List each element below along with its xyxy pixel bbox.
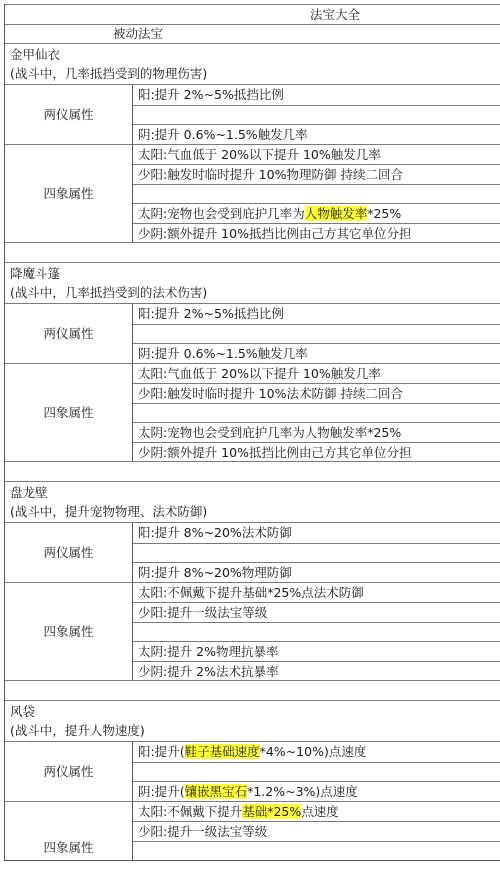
table-title: 法宝大全	[310, 7, 360, 22]
item-desc: (战斗中，提升人物速度)	[10, 721, 500, 740]
liangyi-group: 两仪属性 阳:提升 2%~5%抵挡比例 阴:提升 0.6%~1.5%触发几率	[5, 303, 500, 363]
table-subtitle-row: 被动法宝	[5, 24, 500, 43]
attr-cell	[133, 324, 500, 344]
attr-cell: 少阳:提升一级法宝等级	[133, 602, 500, 622]
attr-cell	[133, 105, 500, 125]
item-header: 盘龙壁 (战斗中，提升宠物物理、法术防御)	[5, 481, 500, 522]
blank-row	[5, 242, 500, 262]
item-desc: (战斗中，几率抵挡受到的物理伤害)	[10, 64, 500, 83]
attr-cell	[133, 841, 500, 861]
attr-cell: 阴:提升 0.6%~1.5%触发几率	[133, 124, 500, 144]
sixiang-group: 四象属性 太阳:气血低于 20%以下提升 10%触发几率 少阳:触发时临时提升 …	[5, 144, 500, 243]
item-desc: (战斗中，提升宠物物理、法术防御)	[10, 502, 500, 521]
treasure-table: 法宝大全 被动法宝 金甲仙衣 (战斗中，几率抵挡受到的物理伤害) 两仪属性 阳:…	[4, 4, 500, 861]
attr-cell: 太阳:不佩戴下提升基础*25%点法术防御	[133, 583, 500, 603]
attr-cell: 太阳:不佩戴下提升基础*25%点速度	[133, 802, 500, 822]
item-name: 盘龙壁	[10, 483, 500, 502]
liangyi-label: 两仪属性	[5, 742, 133, 801]
table-title-row: 法宝大全	[5, 4, 500, 24]
attr-cell: 太阴:宠物也会受到庇护几率为人物触发率*25%	[133, 422, 500, 442]
sixiang-group: 四象属性 太阳:不佩戴下提升基础*25%点法术防御 少阳:提升一级法宝等级 太阴…	[5, 582, 500, 681]
attr-cell: 太阴:提升 2%物理抗暴率	[133, 641, 500, 661]
attr-cell: 阴:提升 0.6%~1.5%触发几率	[133, 343, 500, 363]
blank-row	[5, 680, 500, 700]
highlight: 镶嵌黑宝石	[185, 784, 248, 799]
item-name: 风袋	[10, 702, 500, 721]
attr-cell: 阳:提升 2%~5%抵挡比例	[133, 85, 500, 105]
sixiang-label: 四象属性	[5, 364, 133, 462]
item-name: 金甲仙衣	[10, 45, 500, 64]
sixiang-label: 四象属性	[5, 802, 133, 861]
table-subtitle: 被动法宝	[113, 25, 163, 43]
sixiang-label: 四象属性	[5, 145, 133, 243]
attr-cell	[133, 184, 500, 204]
highlight: 鞋子基础速度	[185, 744, 260, 759]
attr-cell: 少阴:额外提升 10%抵挡比例由己方其它单位分担	[133, 442, 500, 462]
blank-row	[5, 461, 500, 481]
liangyi-label: 两仪属性	[5, 304, 133, 363]
attr-cell: 少阴:提升 2%法术抗暴率	[133, 661, 500, 681]
sixiang-label: 四象属性	[5, 583, 133, 681]
attr-cell: 少阴:额外提升 10%抵挡比例由己方其它单位分担	[133, 223, 500, 243]
attr-cell: 少阳:提升一级法宝等级	[133, 821, 500, 841]
highlight: 人物触发率	[305, 206, 368, 221]
highlight: 基础*25%	[242, 804, 301, 819]
attr-cell: 少阳:触发时临时提升 10%物理防御 持续二回合	[133, 164, 500, 184]
attr-cell: 阴:提升(镶嵌黑宝石*1.2%~3%)点速度	[133, 781, 500, 801]
item-header: 风袋 (战斗中，提升人物速度)	[5, 700, 500, 741]
attr-cell: 阳:提升(鞋子基础速度*4%~10%)点速度	[133, 742, 500, 762]
attr-cell	[133, 762, 500, 782]
item-name: 降魔斗篷	[10, 264, 500, 283]
liangyi-label: 两仪属性	[5, 85, 133, 144]
attr-cell	[133, 403, 500, 423]
item-header: 降魔斗篷 (战斗中，几率抵挡受到的法术伤害)	[5, 262, 500, 303]
liangyi-group: 两仪属性 阳:提升(鞋子基础速度*4%~10%)点速度 阴:提升(镶嵌黑宝石*1…	[5, 741, 500, 801]
attr-cell: 阳:提升 8%~20%法术防御	[133, 523, 500, 543]
attr-cell	[133, 543, 500, 563]
attr-cell: 少阳:触发时临时提升 10%法术防御 持续二回合	[133, 383, 500, 403]
liangyi-group: 两仪属性 阳:提升 2%~5%抵挡比例 阴:提升 0.6%~1.5%触发几率	[5, 84, 500, 144]
sixiang-group: 四象属性 太阳:不佩戴下提升基础*25%点速度 少阳:提升一级法宝等级	[5, 801, 500, 862]
attr-cell: 太阳:气血低于 20%以下提升 10%触发几率	[133, 364, 500, 384]
item-header: 金甲仙衣 (战斗中，几率抵挡受到的物理伤害)	[5, 43, 500, 84]
attr-cell: 阴:提升 8%~20%物理防御	[133, 562, 500, 582]
liangyi-group: 两仪属性 阳:提升 8%~20%法术防御 阴:提升 8%~20%物理防御	[5, 522, 500, 582]
sixiang-group: 四象属性 太阳:气血低于 20%以下提升 10%触发几率 少阳:触发时临时提升 …	[5, 363, 500, 462]
attr-cell: 阳:提升 2%~5%抵挡比例	[133, 304, 500, 324]
item-desc: (战斗中，几率抵挡受到的法术伤害)	[10, 283, 500, 302]
liangyi-label: 两仪属性	[5, 523, 133, 582]
attr-cell	[133, 622, 500, 642]
attr-cell: 太阳:气血低于 20%以下提升 10%触发几率	[133, 145, 500, 165]
attr-cell: 太阴:宠物也会受到庇护几率为人物触发率*25%	[133, 203, 500, 223]
